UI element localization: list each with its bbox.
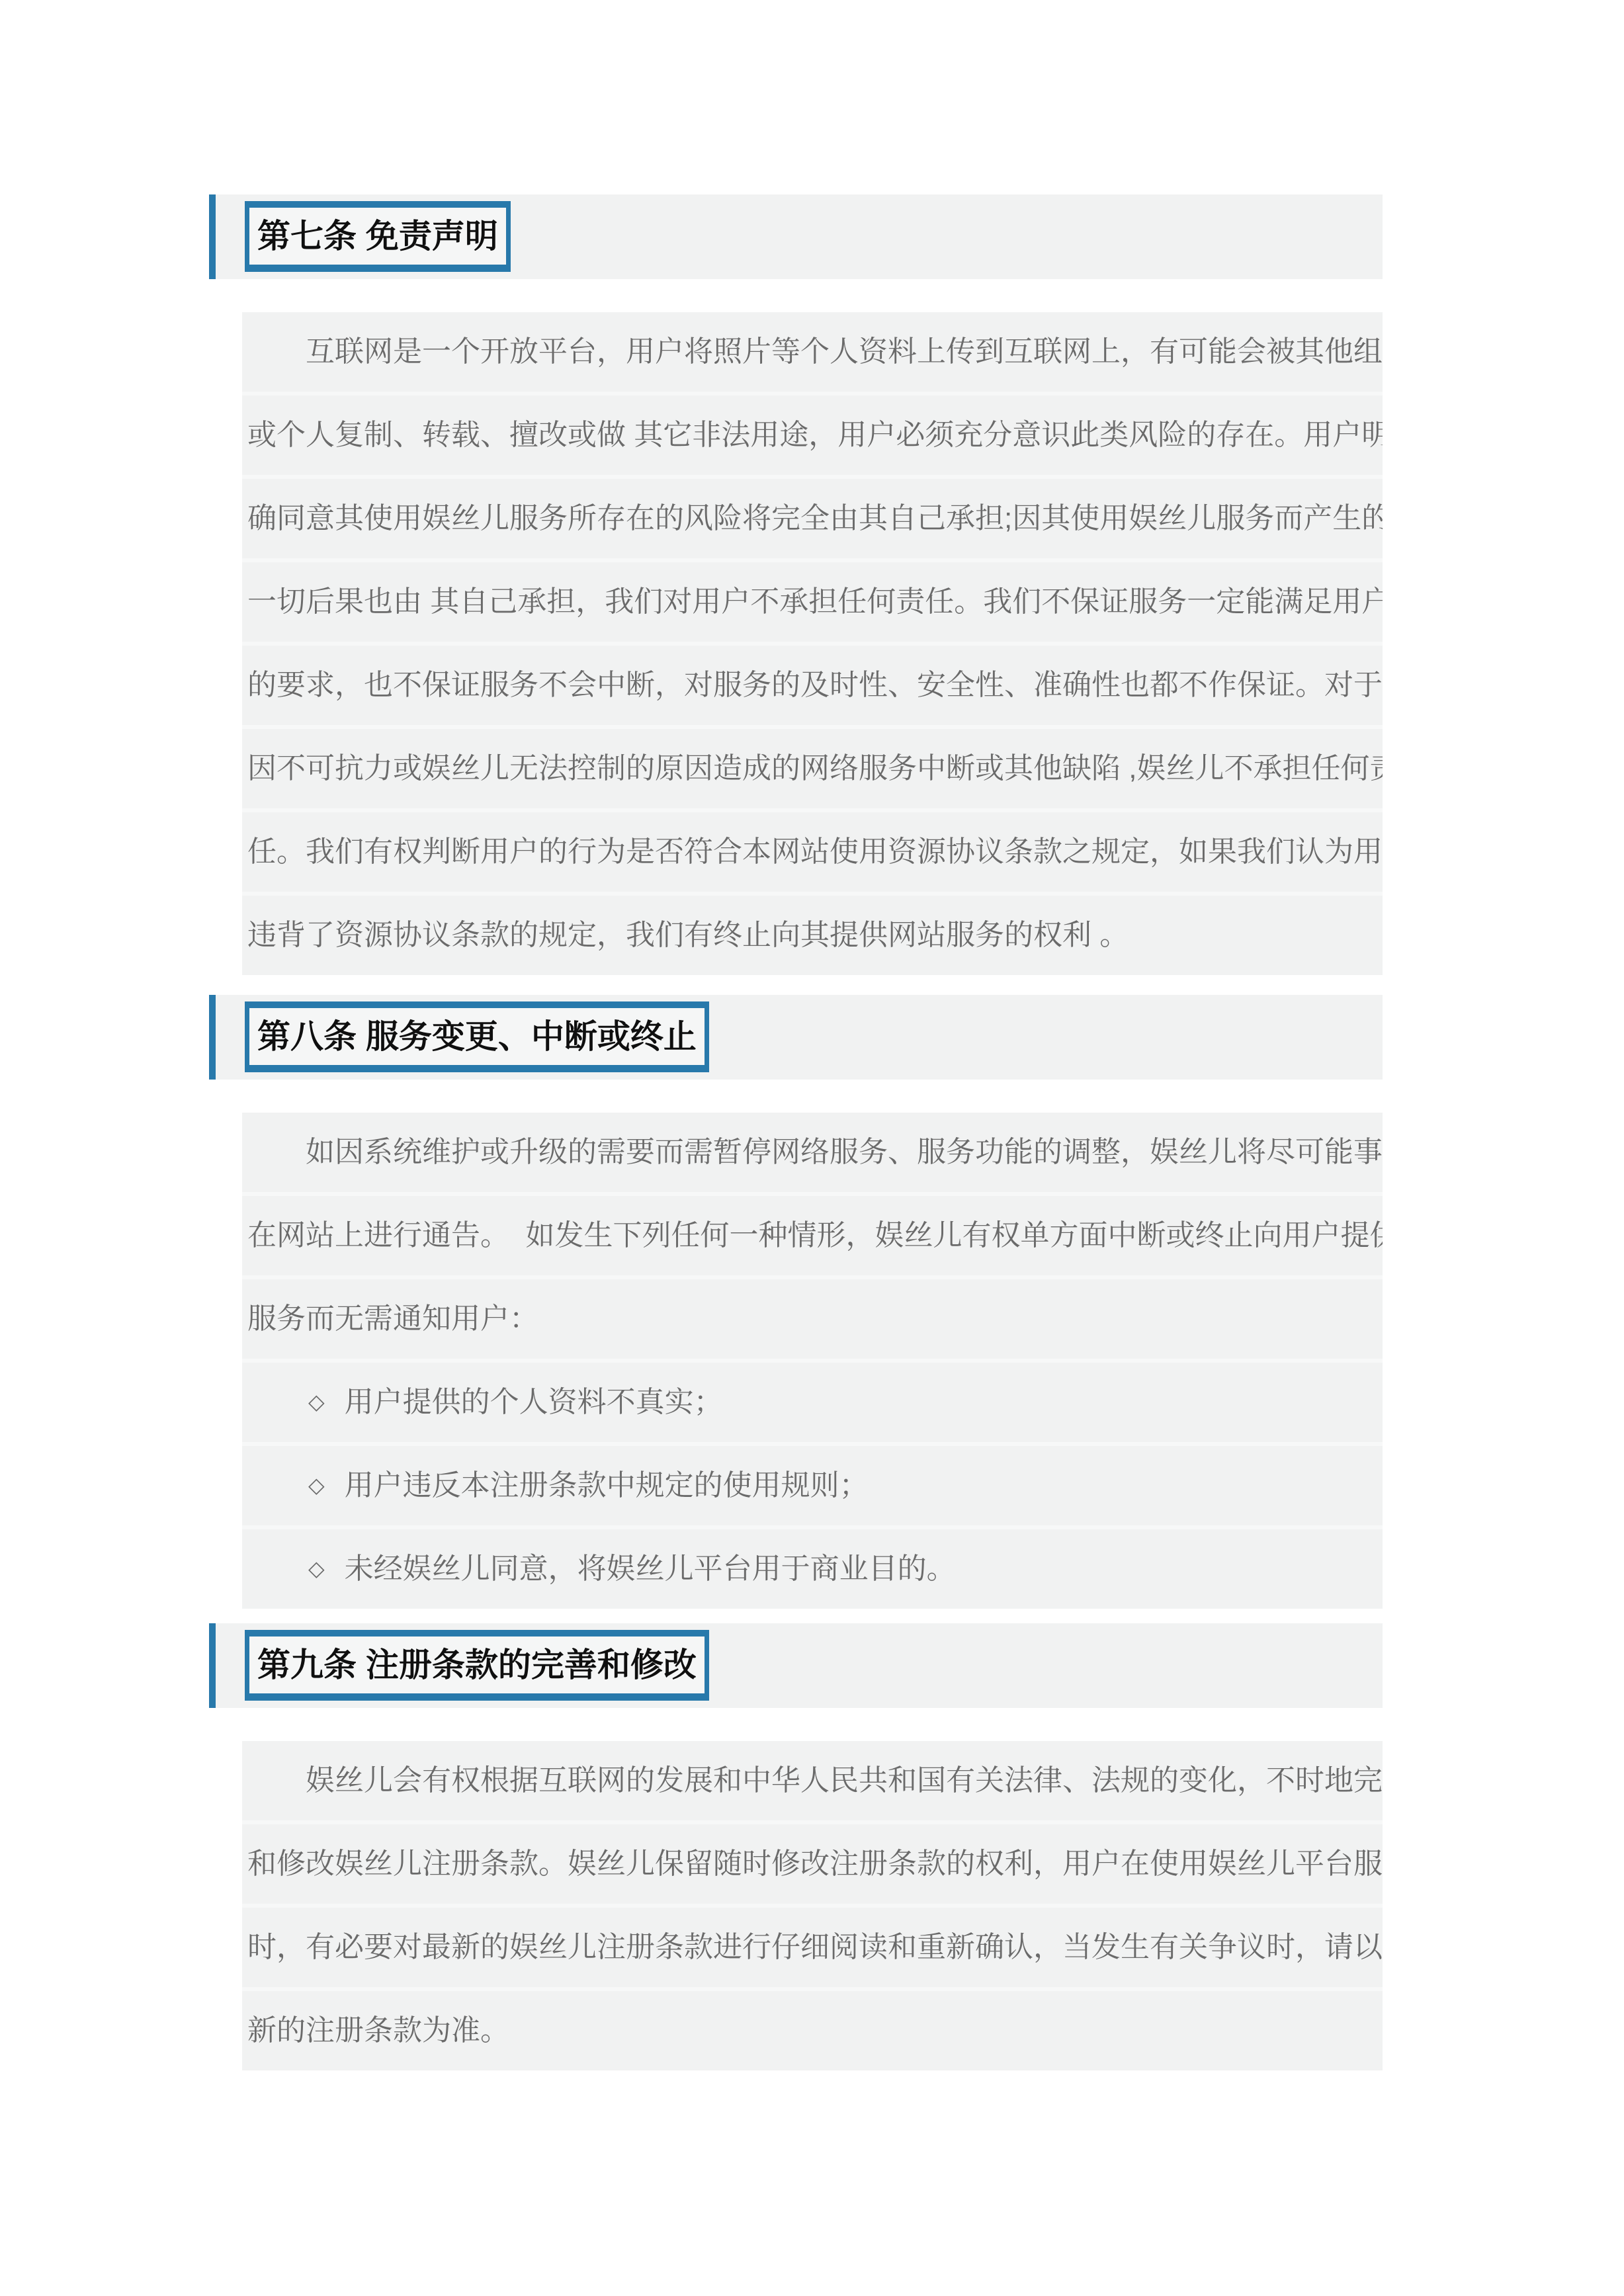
text-line: 如因系统维护或升级的需要而需暂停网络服务、服务功能的调整，娱丝儿将尽可能事先	[242, 1113, 1383, 1192]
list-item: ◇未经娱丝儿同意，将娱丝儿平台用于商业目的。	[242, 1529, 1383, 1609]
section-9-heading: 第九条 注册条款的完善和修改	[245, 1630, 709, 1701]
text-line: 因不可抗力或娱丝儿无法控制的原因造成的网络服务中断或其他缺陷 ,娱丝儿不承担任何…	[242, 729, 1383, 808]
text-line: 新的注册条款为准。	[242, 1991, 1383, 2070]
section-9-heading-band: 第九条 注册条款的完善和修改	[209, 1623, 1383, 1708]
blue-accent-bar	[209, 194, 216, 279]
blue-accent-bar	[209, 995, 216, 1080]
text-line: 或个人复制、转载、擅改或做 其它非法用途，用户必须充分意识此类风险的存在。用户明	[242, 396, 1383, 475]
list-item-text: 用户提供的个人资料不真实；	[345, 1386, 723, 1418]
heading-band-background: 第九条 注册条款的完善和修改	[216, 1623, 1383, 1708]
document-page: 第七条 免责声明 互联网是一个开放平台，用户将照片等个人资料上传到互联网上，有可…	[0, 194, 1624, 2070]
section-8-paragraph: 如因系统维护或升级的需要而需暂停网络服务、服务功能的调整，娱丝儿将尽可能事先 在…	[242, 1113, 1383, 1609]
heading-band-background: 第七条 免责声明	[216, 194, 1383, 279]
list-item: ◇用户提供的个人资料不真实；	[242, 1363, 1383, 1442]
diamond-bullet-icon: ◇	[308, 1529, 325, 1608]
text-line: 一切后果也由 其自己承担，我们对用户不承担任何责任。我们不保证服务一定能满足用户	[242, 562, 1383, 642]
section-article-9: 第九条 注册条款的完善和修改 娱丝儿会有权根据互联网的发展和中华人民共和国有关法…	[0, 1623, 1624, 2070]
text-line: 服务而无需通知用户：	[242, 1279, 1383, 1359]
section-7-paragraph: 互联网是一个开放平台，用户将照片等个人资料上传到互联网上，有可能会被其他组织 或…	[242, 312, 1383, 975]
section-article-8: 第八条 服务变更、中断或终止 如因系统维护或升级的需要而需暂停网络服务、服务功能…	[0, 995, 1624, 1609]
text-line: 和修改娱丝儿注册条款。娱丝儿保留随时修改注册条款的权利，用户在使用娱丝儿平台服务	[242, 1824, 1383, 1904]
section-9-paragraph: 娱丝儿会有权根据互联网的发展和中华人民共和国有关法律、法规的变化，不时地完善 和…	[242, 1741, 1383, 2070]
text-line: 任。我们有权判断用户的行为是否符合本网站使用资源协议条款之规定，如果我们认为用户	[242, 812, 1383, 892]
diamond-bullet-icon: ◇	[308, 1363, 325, 1441]
diamond-bullet-icon: ◇	[308, 1446, 325, 1525]
text-line: 确同意其使用娱丝儿服务所存在的风险将完全由其自己承担;因其使用娱丝儿服务而产生的	[242, 479, 1383, 558]
text-line: 的要求，也不保证服务不会中断，对服务的及时性、安全性、准确性也都不作保证。对于	[242, 646, 1383, 725]
list-item-text: 未经娱丝儿同意，将娱丝儿平台用于商业目的。	[345, 1552, 956, 1585]
list-item-text: 用户违反本注册条款中规定的使用规则；	[345, 1469, 869, 1502]
blue-accent-bar	[209, 1623, 216, 1708]
section-article-7: 第七条 免责声明 互联网是一个开放平台，用户将照片等个人资料上传到互联网上，有可…	[0, 194, 1624, 975]
text-line: 娱丝儿会有权根据互联网的发展和中华人民共和国有关法律、法规的变化，不时地完善	[242, 1741, 1383, 1820]
section-8-heading: 第八条 服务变更、中断或终止	[245, 1001, 709, 1072]
text-line: 互联网是一个开放平台，用户将照片等个人资料上传到互联网上，有可能会被其他组织	[242, 312, 1383, 392]
text-line: 在网站上进行通告。 如发生下列任何一种情形，娱丝儿有权单方面中断或终止向用户提供	[242, 1196, 1383, 1275]
text-line: 时，有必要对最新的娱丝儿注册条款进行仔细阅读和重新确认，当发生有关争议时，请以最	[242, 1908, 1383, 1987]
text-line: 违背了资源协议条款的规定，我们有终止向其提供网站服务的权利 。	[242, 896, 1383, 975]
section-7-heading-band: 第七条 免责声明	[209, 194, 1383, 279]
list-item: ◇用户违反本注册条款中规定的使用规则；	[242, 1446, 1383, 1525]
section-7-heading: 第七条 免责声明	[245, 201, 511, 272]
section-8-heading-band: 第八条 服务变更、中断或终止	[209, 995, 1383, 1080]
heading-band-background: 第八条 服务变更、中断或终止	[216, 995, 1383, 1080]
